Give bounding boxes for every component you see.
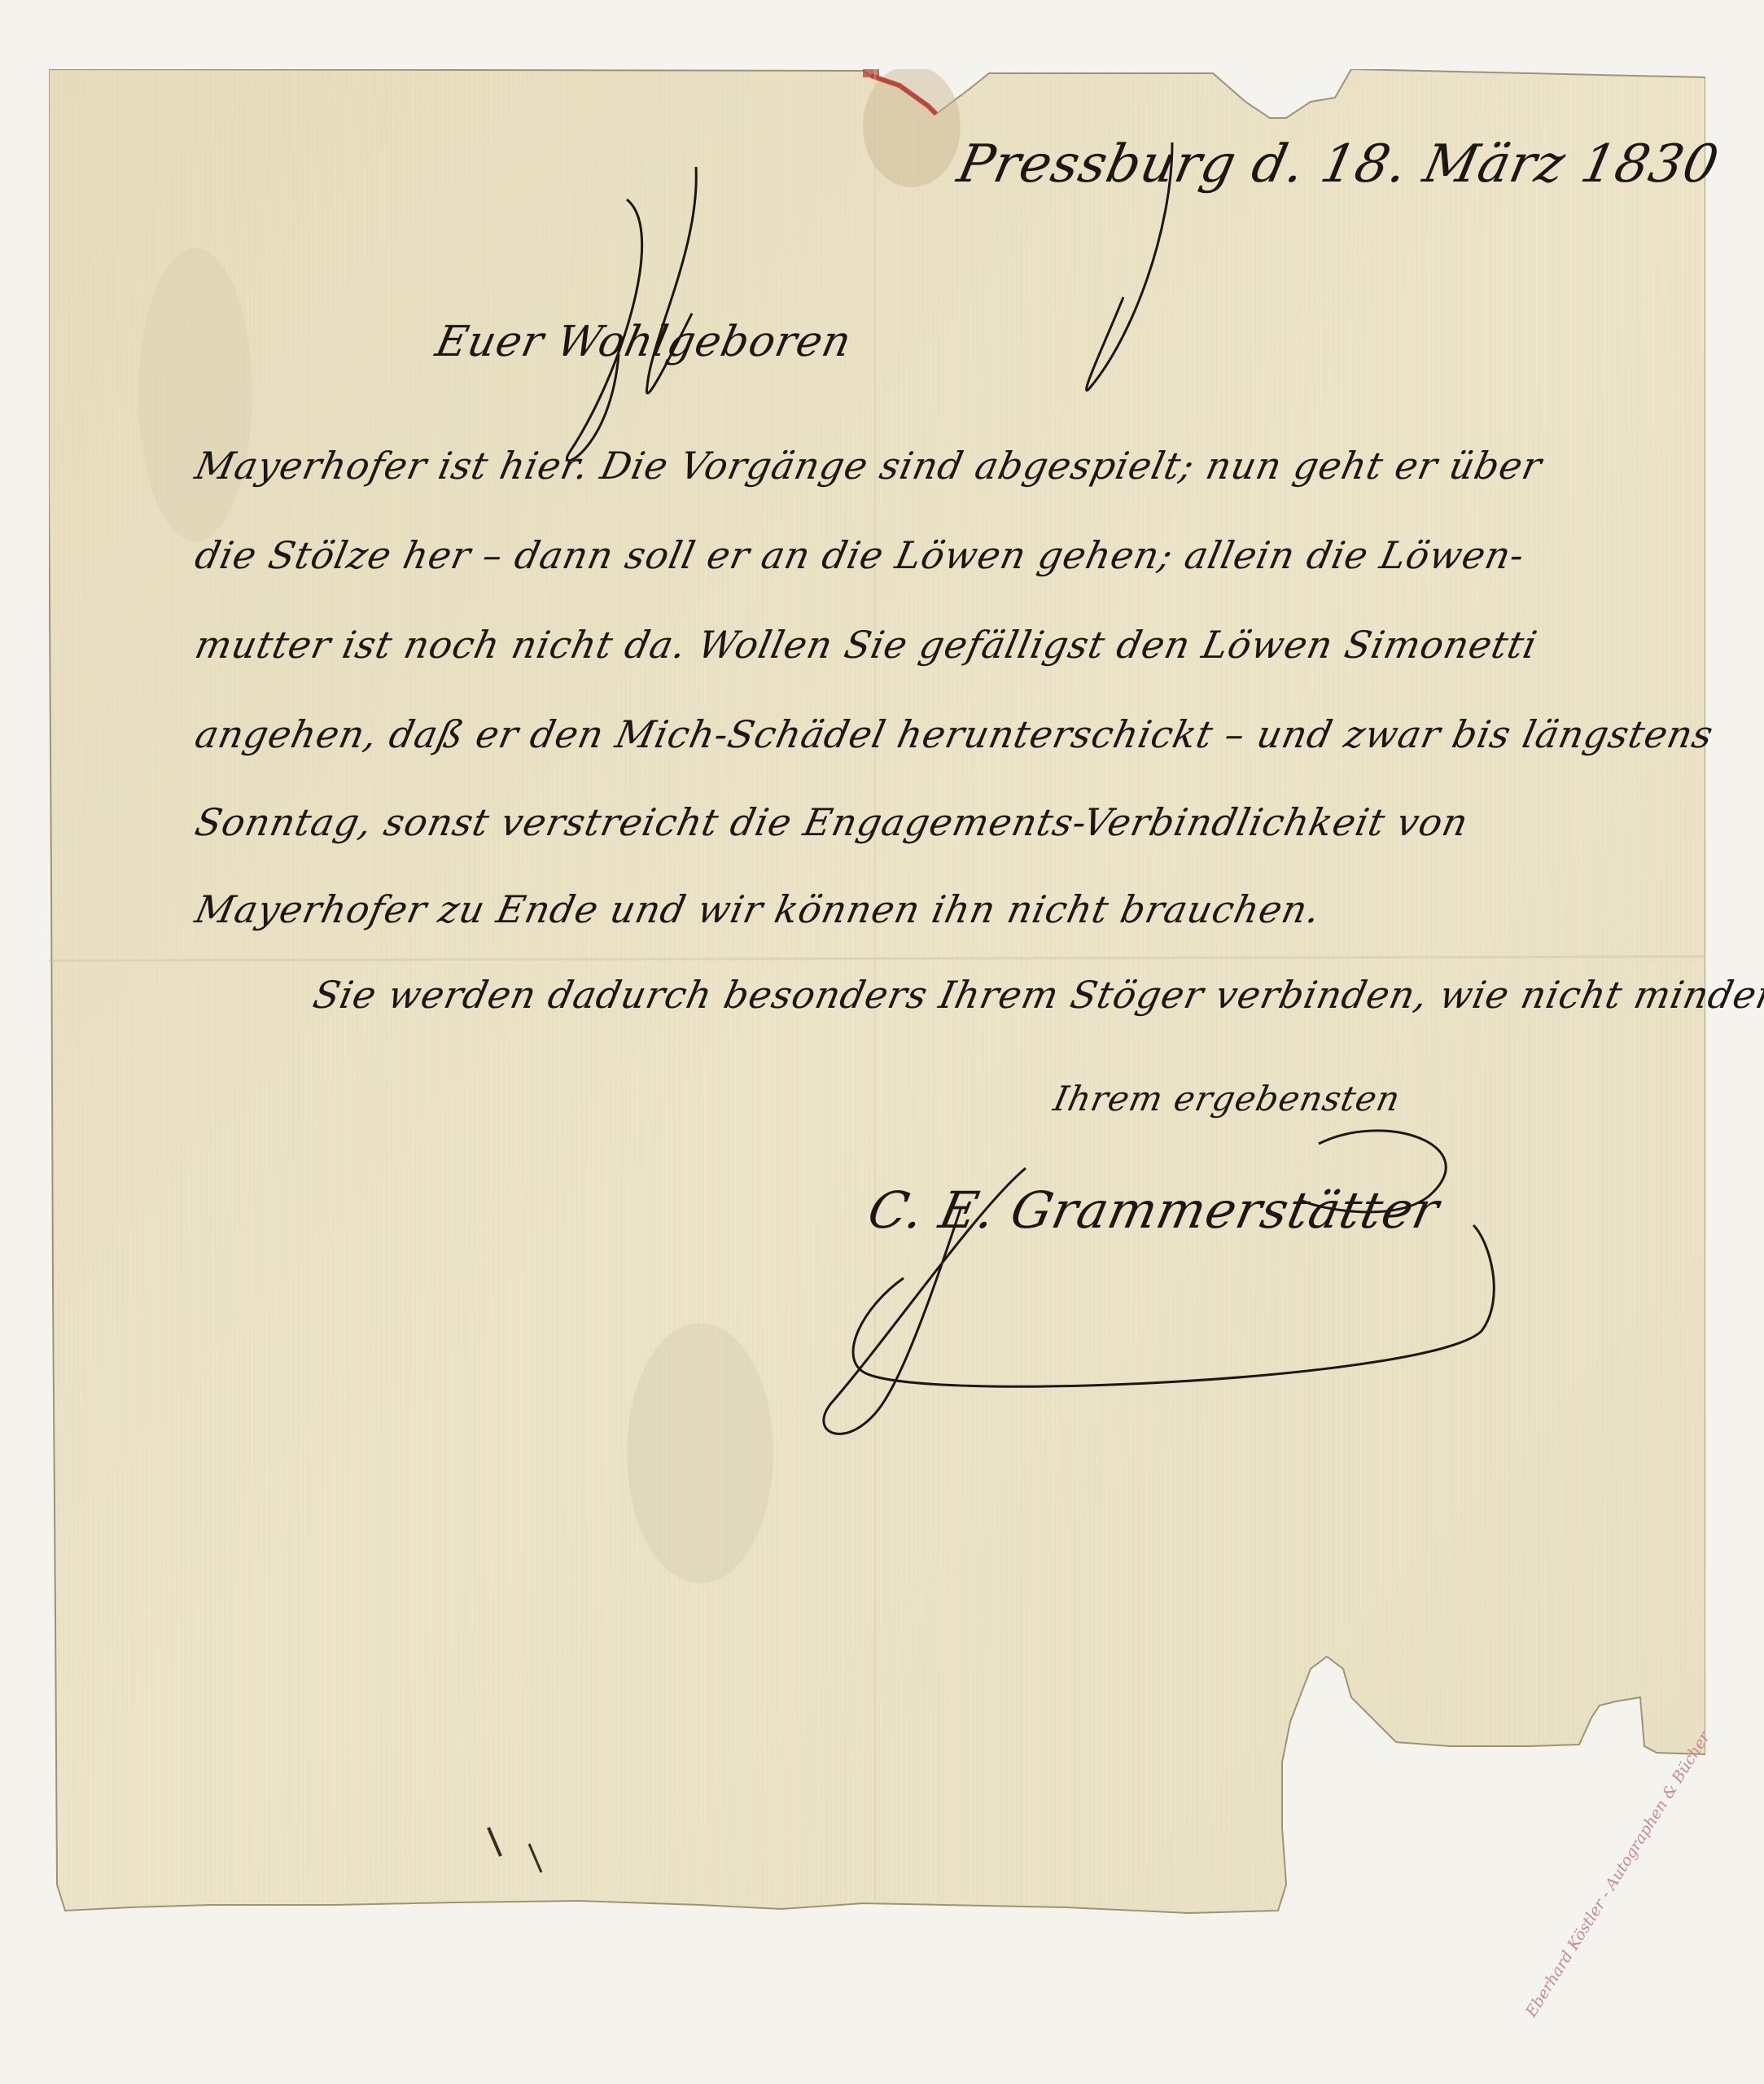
body-line: Sonntag, sonst verstreicht die Engagemen… <box>191 800 1473 844</box>
body-line: Mayerhofer zu Ende und wir können ihn ni… <box>191 887 1324 931</box>
body-line: angehen, daß er den Mich-Schädel herunte… <box>191 712 1718 756</box>
closing: Ihrem ergebensten <box>1050 1079 1404 1119</box>
body-line: die Stölze her – dann soll er an die Löw… <box>191 533 1529 577</box>
signature: C. E. Grammerstätter <box>863 1180 1445 1240</box>
body-line: Sie werden dadurch besonders Ihrem Stöge… <box>309 973 1764 1017</box>
body-line: Mayerhofer ist hier. Die Vorgänge sind a… <box>191 444 1546 488</box>
body-line: mutter ist noch nicht da. Wollen Sie gef… <box>191 623 1542 667</box>
salutation: Euer Wohlgeboren <box>431 317 856 366</box>
letter-sheet: Pressburg d. 18. März 1830 Euer Wohlgebo… <box>49 69 1705 1970</box>
place-date: Pressburg d. 18. März 1830 <box>952 134 1724 195</box>
paper-background <box>49 69 1705 1970</box>
